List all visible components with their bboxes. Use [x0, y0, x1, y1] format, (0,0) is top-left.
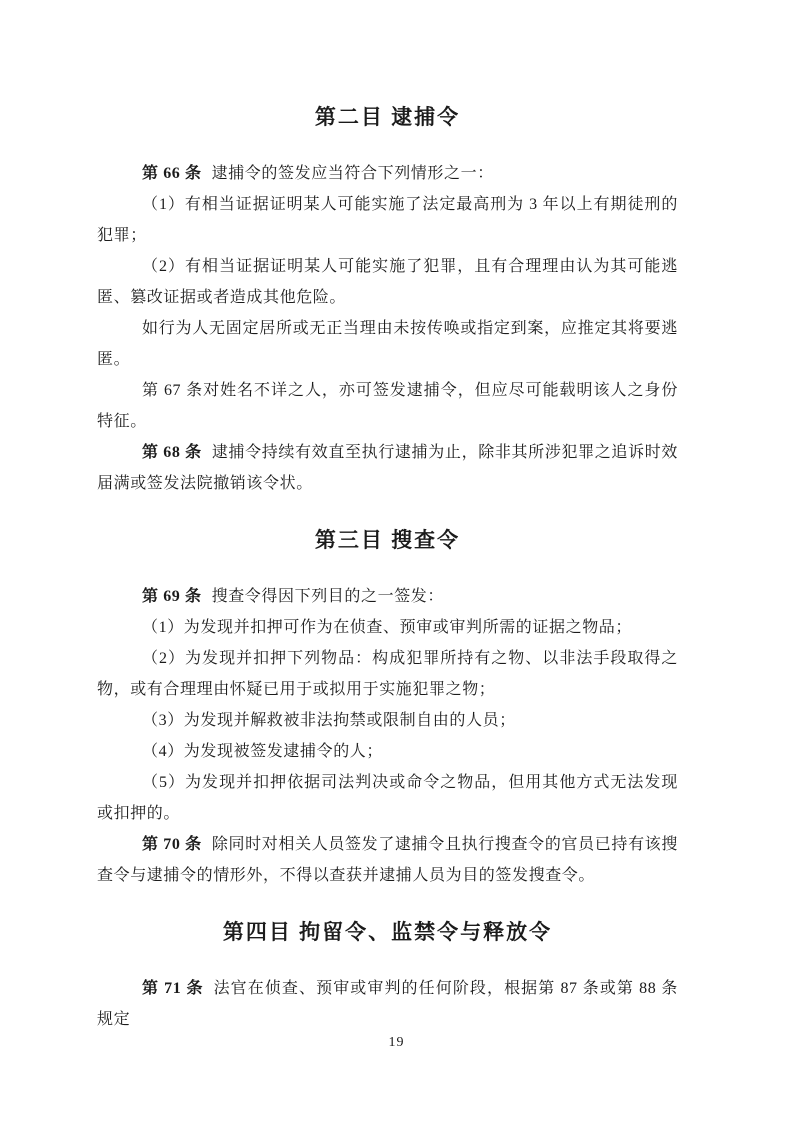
paragraph-text: 逮捕令的签发应当符合下列情形之一：: [212, 165, 494, 182]
paragraph-text: （2）有相当证据证明某人可能实施了犯罪，且有合理理由认为其可能逃匿、篡改证据或者…: [97, 258, 678, 306]
paragraph: 如行为人无固定居所或无正当理由未按传唤或指定到案，应推定其将要逃匿。: [97, 313, 678, 375]
article-number: 第 71 条: [142, 980, 204, 997]
paragraph-text: （3）为发现并解救被非法拘禁或限制自由的人员；: [142, 712, 516, 729]
paragraph-text: （5）为发现并扣押依据司法判决或命令之物品，但用其他方式无法发现或扣押的。: [97, 774, 678, 822]
paragraph: （4）为发现被签发逮捕令的人；: [97, 736, 678, 767]
article-number: 第 70 条: [142, 836, 202, 853]
article-number: 第 69 条: [142, 588, 202, 605]
article-number: 第 66 条: [142, 165, 202, 182]
section-title: 第三目 搜查令: [97, 527, 678, 553]
article-number: 第 68 条: [142, 444, 202, 461]
paragraph: 第 69 条搜查令得因下列目的之一签发：: [97, 581, 678, 612]
section-title: 第二目 逮捕令: [97, 104, 678, 130]
paragraph-text: （4）为发现被签发逮捕令的人；: [142, 743, 383, 760]
paragraph: （2）有相当证据证明某人可能实施了犯罪，且有合理理由认为其可能逃匿、篡改证据或者…: [97, 251, 678, 313]
paragraph: 第 66 条逮捕令的签发应当符合下列情形之一：: [97, 158, 678, 189]
paragraph: （3）为发现并解救被非法拘禁或限制自由的人员；: [97, 705, 678, 736]
paragraph-text: （2）为发现并扣押下列物品：构成犯罪所持有之物、以非法手段取得之物，或有合理理由…: [97, 650, 678, 698]
paragraph-text: （1）为发现并扣押可作为在侦查、预审或审判所需的证据之物品；: [142, 619, 632, 636]
paragraph: （1）有相当证据证明某人可能实施了法定最高刑为 3 年以上有期徒刑的犯罪；: [97, 189, 678, 251]
document-body: 第二目 逮捕令第 66 条逮捕令的签发应当符合下列情形之一：（1）有相当证据证明…: [97, 0, 678, 1035]
page-number: 19: [0, 1034, 793, 1052]
paragraph: 第 68 条逮捕令持续有效直至执行逮捕为止，除非其所涉犯罪之追诉时效届满或签发法…: [97, 437, 678, 499]
paragraph: 第 70 条除同时对相关人员签发了逮捕令且执行搜查令的官员已持有该搜查令与逮捕令…: [97, 829, 678, 891]
paragraph: 第 71 条法官在侦查、预审或审判的任何阶段，根据第 87 条或第 88 条规定: [97, 973, 678, 1035]
paragraph-text: 搜查令得因下列目的之一签发：: [212, 588, 444, 605]
paragraph-text: （1）有相当证据证明某人可能实施了法定最高刑为 3 年以上有期徒刑的犯罪；: [97, 196, 678, 244]
paragraph: （2）为发现并扣押下列物品：构成犯罪所持有之物、以非法手段取得之物，或有合理理由…: [97, 643, 678, 705]
paragraph: （1）为发现并扣押可作为在侦查、预审或审判所需的证据之物品；: [97, 612, 678, 643]
section-title: 第四目 拘留令、监禁令与释放令: [97, 919, 678, 945]
paragraph: 第 67 条对姓名不详之人，亦可签发逮捕令，但应尽可能载明该人之身份特征。: [97, 375, 678, 437]
document-page: 第二目 逮捕令第 66 条逮捕令的签发应当符合下列情形之一：（1）有相当证据证明…: [0, 0, 793, 1122]
paragraph-text: 如行为人无固定居所或无正当理由未按传唤或指定到案，应推定其将要逃匿。: [97, 320, 678, 368]
paragraph-text: 第 67 条对姓名不详之人，亦可签发逮捕令，但应尽可能载明该人之身份特征。: [97, 382, 678, 430]
paragraph: （5）为发现并扣押依据司法判决或命令之物品，但用其他方式无法发现或扣押的。: [97, 767, 678, 829]
